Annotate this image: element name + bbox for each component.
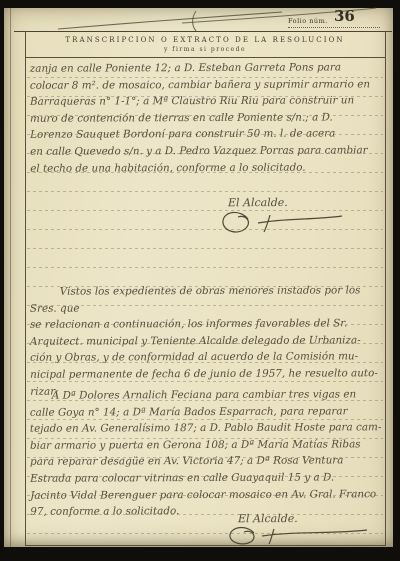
mayor-signature-rubric-2	[226, 523, 371, 549]
folio-label: Folio núm.	[288, 17, 328, 25]
handwritten-entry-3: A Dª Dolores Arnalich Feciana para cambi…	[30, 386, 383, 520]
form-header-title: TRANSCRIPCION O EXTRACTO DE LA RESOLUCIO…	[25, 36, 385, 44]
scanned-register-page: Folio núm. 36 TRANSCRIPCION O EXTRACTO D…	[0, 0, 400, 561]
folio-dotted-line	[288, 27, 380, 28]
mayor-signature-rubric-1	[218, 207, 348, 239]
handwritten-entry-2: Vistos los expedientes de obras menores …	[30, 282, 382, 400]
form-header: TRANSCRIPCION O EXTRACTO DE LA RESOLUCIO…	[25, 36, 385, 53]
header-rule	[25, 57, 385, 58]
folio-block: Folio núm. 36	[288, 7, 388, 31]
folio-number: 36	[334, 7, 355, 25]
form-header-subtitle: y firma si procede	[25, 46, 385, 53]
binding-crease	[10, 8, 11, 547]
handwritten-entry-1: zanja en calle Poniente 12; a D. Esteban…	[30, 59, 383, 177]
